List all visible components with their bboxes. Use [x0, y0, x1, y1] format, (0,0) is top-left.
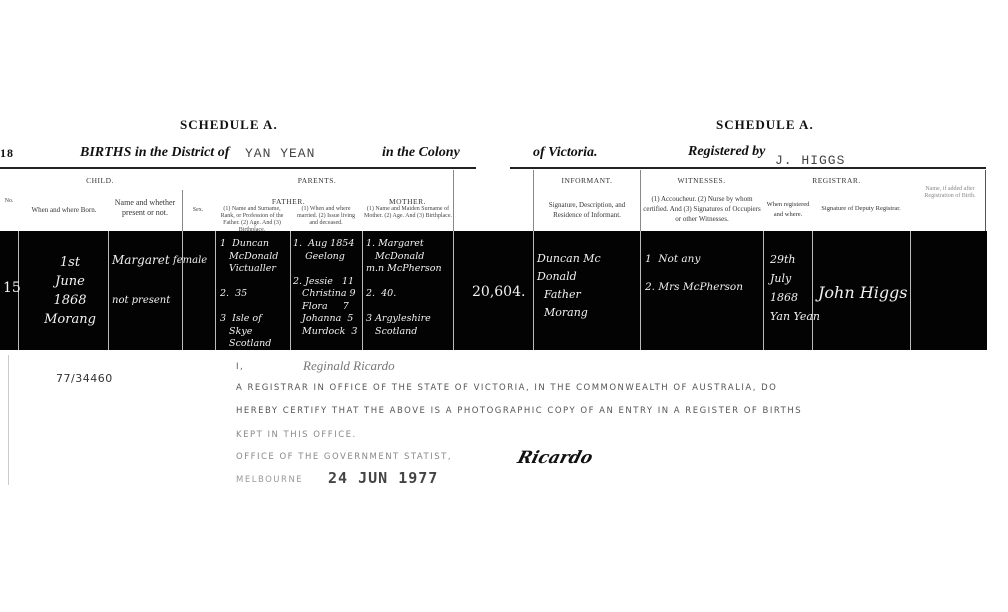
certificate-place: MELBOURNE: [236, 475, 303, 485]
births-district-label: BIRTHS in the District of: [80, 145, 229, 161]
column-header-when-where-born: When and where Born.: [20, 205, 108, 215]
entry-when-registered: 29th July 1868 Yan Yean: [770, 250, 820, 326]
column-line: [763, 231, 764, 350]
entry-child-present: not present: [112, 293, 170, 308]
registered-by-label: Registered by: [688, 144, 765, 160]
entry-mother-details: 1. Margaret McDonald m.n McPherson 2. 40…: [366, 238, 442, 338]
column-header-mother-details: (1) Name and Maiden Surname of Mother. (…: [364, 206, 452, 220]
header-divider: [182, 190, 183, 231]
district-name: YAN YEAN: [245, 146, 315, 161]
column-header-father-details: (1) Name and Surname, Rank, or Professio…: [216, 206, 288, 234]
group-header-father: FATHER.: [215, 197, 362, 206]
entry-when-where-born: 1st June 1868 Morang: [40, 253, 100, 329]
entry-deputy-registrar-signature: John Higgs: [818, 285, 908, 300]
certificate-line-4: OFFICE OF THE GOVERNMENT STATIST,: [236, 452, 452, 462]
entry-father-details: 1 Duncan McDonald Victualler 2. 35 3 Isl…: [220, 238, 278, 351]
column-line: [182, 231, 183, 350]
certificate-line-3: KEPT IN THIS OFFICE.: [236, 430, 357, 440]
page-edge-number: 18: [0, 146, 14, 161]
column-line: [640, 231, 641, 350]
certificate-date-stamp: 24 JUN 1977: [328, 469, 438, 487]
certificate-i: I,: [236, 362, 244, 372]
page-margin-line: [8, 355, 9, 485]
column-header-informant: Signature, Description, and Residence of…: [536, 200, 638, 220]
column-line: [290, 231, 291, 350]
certificate-line-1: A REGISTRAR IN OFFICE OF THE STATE OF VI…: [236, 383, 777, 393]
title-rule-right: [510, 167, 986, 169]
entry-marriage-issue: 1. Aug 1854 Geelong 2. Jessie 11 Christi…: [293, 238, 357, 338]
title-rule-left: [0, 167, 476, 169]
column-header-marriage-issue: (1) When and where married. (2) Issue li…: [292, 206, 360, 227]
entry-child-name: Margaret: [112, 253, 170, 268]
group-header-parents: PARENTS.: [182, 176, 452, 185]
column-header-sex: Sex.: [183, 207, 213, 214]
column-header-number: No.: [2, 198, 16, 205]
group-header-witnesses: WITNESSES.: [640, 176, 763, 185]
entry-register-annotation: 20,604.: [472, 285, 525, 300]
group-header-registrar: REGISTRAR.: [763, 176, 910, 185]
colony-name: of Victoria.: [533, 145, 598, 161]
entry-sex: female: [173, 253, 207, 268]
entry-number: 15: [3, 281, 21, 296]
colony-label: in the Colony: [382, 145, 460, 161]
certificate-reference-number: 77/34460: [56, 372, 113, 385]
header-divider: [533, 170, 534, 231]
schedule-heading-left: SCHEDULE A.: [180, 117, 278, 133]
column-line: [108, 231, 109, 350]
header-divider: [453, 170, 454, 231]
entry-witnesses: 1 Not any 2. Mrs McPherson: [645, 252, 743, 294]
certificate-line-2: HEREBY CERTIFY THAT THE ABOVE IS A PHOTO…: [236, 406, 802, 416]
group-header-mother: MOTHER.: [362, 197, 453, 206]
column-header-name-present: Name and whether present or not.: [110, 198, 180, 218]
group-header-child: CHILD.: [20, 176, 180, 185]
column-line: [215, 231, 216, 350]
column-line: [453, 231, 454, 350]
column-line: [910, 231, 911, 350]
registrar-typed-name: J. HIGGS: [775, 153, 845, 168]
schedule-heading-right: SCHEDULE A.: [716, 117, 814, 133]
column-header-when-registered: When registered and where.: [764, 200, 812, 220]
column-header-witnesses: (1) Accoucheur. (2) Nurse by whom certif…: [642, 194, 762, 224]
column-header-deputy-registrar: Signature of Deputy Registrar.: [813, 204, 909, 214]
certificate-signature: Ricardo: [515, 448, 594, 468]
certificate-registrar-name: Reginald Ricardo: [303, 358, 395, 374]
column-line: [533, 231, 534, 350]
header-divider: [640, 170, 641, 231]
column-line: [362, 231, 363, 350]
column-header-name-after: Name, if added after Registration of Bir…: [912, 186, 988, 200]
group-header-informant: INFORMANT.: [534, 176, 640, 185]
entry-informant: Duncan Mc Donald Father Morang: [537, 250, 601, 322]
